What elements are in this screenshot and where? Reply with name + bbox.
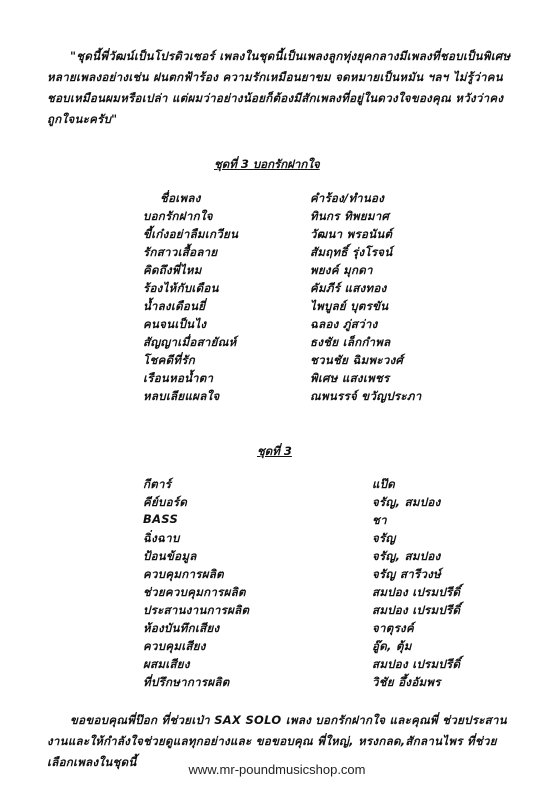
song-title: คิดถึงพี่ไหม <box>143 262 202 280</box>
song-title: สัญญาเมื่อสายัณห์ <box>143 334 237 352</box>
song-title: คนจนเป็นไง <box>143 316 206 334</box>
credit-name: ชา <box>372 512 387 530</box>
credit-name: วิชัย อึ้งอัมพร <box>372 674 441 692</box>
credit-role: ช่วยควบคุมการผลิต <box>143 584 246 602</box>
credit-name: สมปอง เปรมปรีดิ์ <box>372 656 460 674</box>
credit-role: ที่ปรึกษาการผลิต <box>143 674 230 692</box>
credit-name: อู๊ด, ตุ้ม <box>372 638 412 656</box>
credit-name: สมปอง เปรมปรีดิ์ <box>372 584 460 602</box>
credit-name: จรัญ, สมปอง <box>372 548 441 566</box>
credit-name: จรัญ <box>372 530 396 548</box>
song-title: โชคดีที่รัก <box>143 352 195 370</box>
credit-role: ควบคุมการผลิต <box>143 566 224 584</box>
credit-name: แป๊ด <box>372 476 395 494</box>
credit-role: ผสมเสียง <box>143 656 190 674</box>
song-title: รักสาวเสื้อลาย <box>143 244 217 262</box>
credit-name: จรัญ สารีวงษ์ <box>372 566 441 584</box>
intro-text: "ชุดนี้พี่วัฒน์เป็นโปรดิวเซอร์ เพลงในชุด… <box>47 46 517 130</box>
credit-role: ฉิ่งฉาบ <box>143 530 180 548</box>
credit-role: ประสานงานการผลิต <box>143 602 249 620</box>
credit-name: สมปอง เปรมปรีดิ์ <box>372 602 460 620</box>
credit-role: ห้องบันทึกเสียง <box>143 620 219 638</box>
song-title: น้ำลงเดือนยี่ <box>143 298 205 316</box>
intro-paragraph: "ชุดนี้พี่วัฒน์เป็นโปรดิวเซอร์ เพลงในชุด… <box>47 46 517 130</box>
song-writer: พยงค์ มุกดา <box>310 262 373 280</box>
song-title: บอกรักฝากใจ <box>143 208 213 226</box>
credit-role: ควบคุมเสียง <box>143 638 206 656</box>
writer-column-header: คำร้อง/ทำนอง <box>310 190 384 208</box>
song-title: เรือนหอน้ำตา <box>143 370 213 388</box>
song-writer: วัฒนา พรอนันต์ <box>310 226 392 244</box>
song-writer: ณพนรรจ์ ขวัญประภา <box>310 388 422 406</box>
credit-name: จาตุรงค์ <box>372 620 414 638</box>
song-writer: ทินกร ทิพยมาศ <box>310 208 389 226</box>
song-writer: สัมฤทธิ์ รุ่งโรจน์ <box>310 244 393 262</box>
song-writer: พิเศษ แสงเพชร <box>310 370 390 388</box>
credit-name: จรัญ, สมปอง <box>372 494 441 512</box>
songs-section-title: ชุดที่ 3 บอกรักฝากใจ <box>214 156 320 174</box>
song-column-header: ชื่อเพลง <box>160 190 201 208</box>
song-title: ขี้เก๋งอย่าลืมเกวียน <box>143 226 238 244</box>
song-writer: ไพบูลย์ บุตรขัน <box>310 298 388 316</box>
song-title: หลบเลียแผลใจ <box>143 388 220 406</box>
credit-role: ป้อนข้อมูล <box>143 548 197 566</box>
credit-role: กีตาร์ <box>143 476 171 494</box>
credits-section-title: ชุดที่ 3 <box>257 443 292 461</box>
song-writer: ชวนชัย ฉิมพะวงศ์ <box>310 352 403 370</box>
song-title: ร้องไห้กับเดือน <box>143 280 219 298</box>
credit-role: คีย์บอร์ด <box>143 494 187 512</box>
song-writer: ธงชัย เล็กกำพล <box>310 334 390 352</box>
watermark-url: www.mr-poundmusicshop.com <box>0 762 554 777</box>
song-writer: ฉลอง ภู่สว่าง <box>310 316 378 334</box>
credit-role: BASS <box>143 512 178 526</box>
song-writer: คัมภีร์ แสงทอง <box>310 280 386 298</box>
